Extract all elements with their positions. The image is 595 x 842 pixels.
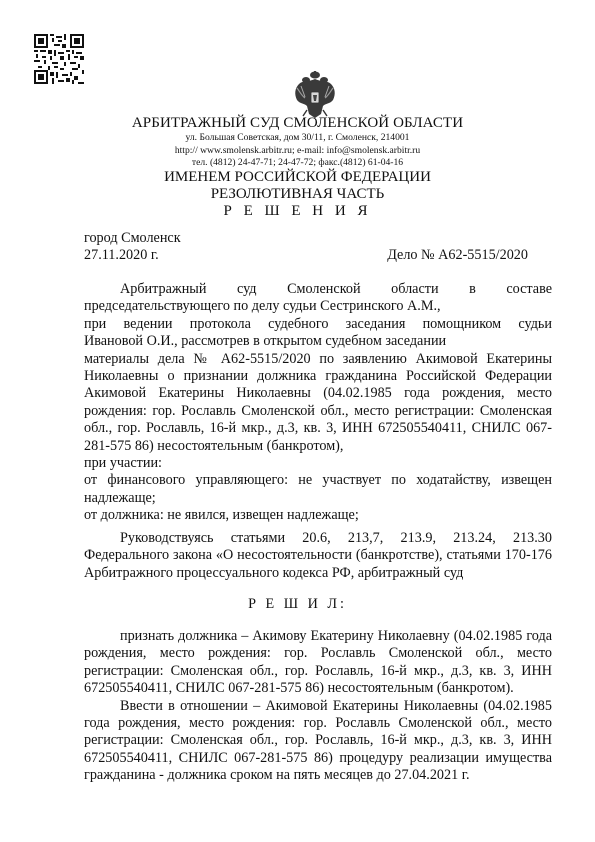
- financial-manager-presence: от финансового управляющего: не участвуе…: [84, 472, 552, 507]
- preamble: Арбитражный суд Смоленской области в сос…: [84, 281, 552, 525]
- ruling-item-bankrupt: признать должника – Акимову Екатерину Ни…: [84, 628, 552, 698]
- legal-basis-text: Руководствуясь статьями 20.6, 213,7, 213…: [84, 530, 552, 582]
- title-in-the-name: ИМЕНЕМ РОССИЙСКОЙ ФЕДЕРАЦИИ: [0, 169, 595, 186]
- title-operative-part: РЕЗОЛЮТИВНАЯ ЧАСТЬ: [0, 186, 595, 203]
- case-number: Дело № А62-5515/2020: [387, 247, 552, 264]
- debtor-presence: от должника: не явился, извещен надлежащ…: [84, 507, 552, 524]
- legal-basis: Руководствуясь статьями 20.6, 213,7, 213…: [84, 530, 552, 582]
- court-web-email: http:// www.smolensk.arbitr.ru; e-mail: …: [0, 145, 595, 156]
- court-address: ул. Большая Советская, дом 30/11, г. Смо…: [0, 132, 595, 143]
- case-materials: материалы дела № А62-5515/2020 по заявле…: [84, 351, 552, 455]
- date-case-row: 27.11.2020 г. Дело № А62-5515/2020: [84, 247, 552, 264]
- court-name: АРБИТРАЖНЫЙ СУД СМОЛЕНСКОЙ ОБЛАСТИ: [0, 115, 595, 132]
- preamble-line: Арбитражный суд Смоленской области в сос…: [84, 281, 552, 298]
- qr-code-icon: [34, 34, 84, 84]
- preamble-line: председательствующего по делу судьи Сест…: [84, 298, 552, 315]
- preamble-line: при ведении протокола судебного заседани…: [84, 316, 552, 333]
- participation-label: при участии:: [84, 455, 552, 472]
- court-phones: тел. (4812) 24-47-71; 24-47-72; факс.(48…: [0, 157, 595, 168]
- coat-of-arms-icon: [291, 70, 339, 120]
- city: город Смоленск: [84, 230, 552, 247]
- title-decision: Р Е Ш Е Н И Я: [0, 203, 595, 220]
- preamble-line: Ивановой О.И., рассмотрев в открытом суд…: [84, 333, 552, 350]
- decision-date: 27.11.2020 г.: [84, 247, 159, 264]
- decided-heading: Р Е Ш И Л:: [0, 596, 595, 613]
- ruling-item-procedure: Ввести в отношении – Акимовой Екатерины …: [84, 698, 552, 785]
- ruling: признать должника – Акимову Екатерину Ни…: [84, 628, 552, 785]
